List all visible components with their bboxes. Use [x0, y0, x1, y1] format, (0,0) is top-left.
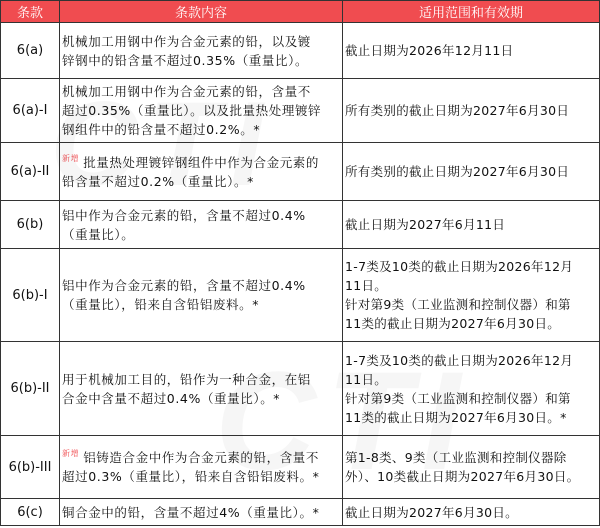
scope-line: 11类的截止日期为2027年6月30日。* [345, 408, 597, 427]
clause-content: 铝中作为合金元素的铅，含量不超过0.4% （重量比），铅来自含铅铝废料。* [60, 249, 343, 342]
content-line: 铝中作为合金元素的铅，含量不超过0.4% [62, 206, 340, 225]
clause-id: 6(a)-II [1, 143, 60, 201]
clause-content: 铝中作为合金元素的铅，含量不超过0.4% （重量比）。 [60, 201, 343, 249]
header-scope-validity: 适用范围和有效期 [343, 1, 600, 23]
content-line: 铜合金中的铅，含量不超过4%（重量比）。* [62, 503, 340, 522]
content-line: 机械加工用钢中作为合金元素的铅，以及镀 [62, 32, 340, 51]
content-line: 铝铸造合金中作为合金元素的铅，含量不 [83, 450, 319, 465]
scope-line: 11类的截止日期为2027年6月30日。 [345, 314, 597, 333]
scope-line: 第1-8类、9类（工业监测和控制仪器除 [345, 448, 597, 467]
content-line: 锌钢中的铅含量不超过0.35%（重量比）。 [62, 51, 340, 70]
clause-id: 6(c) [1, 499, 60, 526]
content-line: 合金中含量不超过0.4%（重量比）。* [62, 389, 340, 408]
clause-content: 机械加工用钢中作为合金元素的铅，以及镀 锌钢中的铅含量不超过0.35%（重量比）… [60, 23, 343, 79]
rohs-exemption-table: 条款 条款内容 适用范围和有效期 6(a) 机械加工用钢中作为合金元素的铅，以及… [0, 0, 600, 526]
scope-line: 针对第9类（工业监测和控制仪器）和第 [345, 389, 597, 408]
content-line: 超过0.35%（重量比）。以及批量热处理镀锌 [62, 101, 340, 120]
content-line: 超过0.3%（重量比），铅来自含铅铝废料。* [62, 467, 340, 486]
scope-line: 11日。 [345, 276, 597, 295]
clause-scope: 截止日期为2026年12月11日 [343, 23, 600, 79]
header-content: 条款内容 [60, 1, 343, 23]
table-row: 6(b)-I 铝中作为合金元素的铅，含量不超过0.4% （重量比），铅来自含铅铝… [1, 249, 600, 342]
header-clause: 条款 [1, 1, 60, 23]
clause-scope: 1-7类及10类的截止日期为2026年12月 11日。 针对第9类（工业监测和控… [343, 249, 600, 342]
scope-line: 截止日期为2027年6月30日。 [345, 503, 597, 522]
clause-scope: 所有类别的截止日期为2027年6月30日 [343, 79, 600, 143]
content-line: 用于机械加工目的，铅作为一种合金，在铝 [62, 370, 340, 389]
scope-line: 所有类别的截止日期为2027年6月30日 [345, 162, 597, 181]
clause-content: 铜合金中的铅，含量不超过4%（重量比）。* [60, 499, 343, 526]
new-badge: 新增 [62, 154, 79, 163]
scope-line: 所有类别的截止日期为2027年6月30日 [345, 101, 597, 120]
table-row: 6(b) 铝中作为合金元素的铅，含量不超过0.4% （重量比）。 截止日期为20… [1, 201, 600, 249]
clause-id: 6(b)-II [1, 342, 60, 436]
table-row: 6(a)-I 机械加工用钢中作为合金元素的铅，含量不 超过0.35%（重量比）。… [1, 79, 600, 143]
clause-scope: 第1-8类、9类（工业监测和控制仪器除 外）、10类截止日期为2027年6月30… [343, 436, 600, 499]
content-line: 批量热处理镀锌钢组件中作为合金元素的 [83, 155, 319, 170]
table-row: 6(c) 铜合金中的铅，含量不超过4%（重量比）。* 截止日期为2027年6月3… [1, 499, 600, 526]
scope-line: 截止日期为2027年6月11日 [345, 215, 597, 234]
clause-id: 6(b)-I [1, 249, 60, 342]
clause-scope: 截止日期为2027年6月30日。 [343, 499, 600, 526]
content-line: （重量比）。 [62, 225, 340, 244]
clause-id: 6(a) [1, 23, 60, 79]
scope-line: 1-7类及10类的截止日期为2026年12月 [345, 257, 597, 276]
clause-content: 新增批量热处理镀锌钢组件中作为合金元素的 铅含量不超过0.2%（重量比）。* [60, 143, 343, 201]
table-row: 6(a) 机械加工用钢中作为合金元素的铅，以及镀 锌钢中的铅含量不超过0.35%… [1, 23, 600, 79]
scope-line: 1-7类及10类的截止日期为2026年12月 [345, 351, 597, 370]
clause-scope: 所有类别的截止日期为2027年6月30日 [343, 143, 600, 201]
clause-scope: 1-7类及10类的截止日期为2026年12月 11日。 针对第9类（工业监测和控… [343, 342, 600, 436]
table-row: 6(b)-III 新增铝铸造合金中作为合金元素的铅，含量不 超过0.3%（重量比… [1, 436, 600, 499]
scope-line: 截止日期为2026年12月11日 [345, 41, 597, 60]
new-badge: 新增 [62, 449, 79, 458]
content-line: 铝中作为合金元素的铅，含量不超过0.4% [62, 276, 340, 295]
clause-id: 6(a)-I [1, 79, 60, 143]
clause-scope: 截止日期为2027年6月11日 [343, 201, 600, 249]
table-row: 6(b)-II 用于机械加工目的，铅作为一种合金，在铝 合金中含量不超过0.4%… [1, 342, 600, 436]
scope-line: 外）、10类截止日期为2027年6月30日。 [345, 467, 597, 486]
clause-id: 6(b)-III [1, 436, 60, 499]
table-header-row: 条款 条款内容 适用范围和有效期 [1, 1, 600, 23]
content-line: 铅含量不超过0.2%（重量比）。* [62, 172, 340, 191]
content-line: 钢组件中的铅含量不超过0.2%。* [62, 120, 340, 139]
clause-id: 6(b) [1, 201, 60, 249]
scope-line: 针对第9类（工业监测和控制仪器）和第 [345, 295, 597, 314]
table-row: 6(a)-II 新增批量热处理镀锌钢组件中作为合金元素的 铅含量不超过0.2%（… [1, 143, 600, 201]
content-line: （重量比），铅来自含铅铝废料。* [62, 295, 340, 314]
clause-content: 机械加工用钢中作为合金元素的铅，含量不 超过0.35%（重量比）。以及批量热处理… [60, 79, 343, 143]
clause-content: 用于机械加工目的，铅作为一种合金，在铝 合金中含量不超过0.4%（重量比）。* [60, 342, 343, 436]
content-line: 机械加工用钢中作为合金元素的铅，含量不 [62, 82, 340, 101]
scope-line: 11日。 [345, 370, 597, 389]
clause-content: 新增铝铸造合金中作为合金元素的铅，含量不 超过0.3%（重量比），铅来自含铅铝废… [60, 436, 343, 499]
